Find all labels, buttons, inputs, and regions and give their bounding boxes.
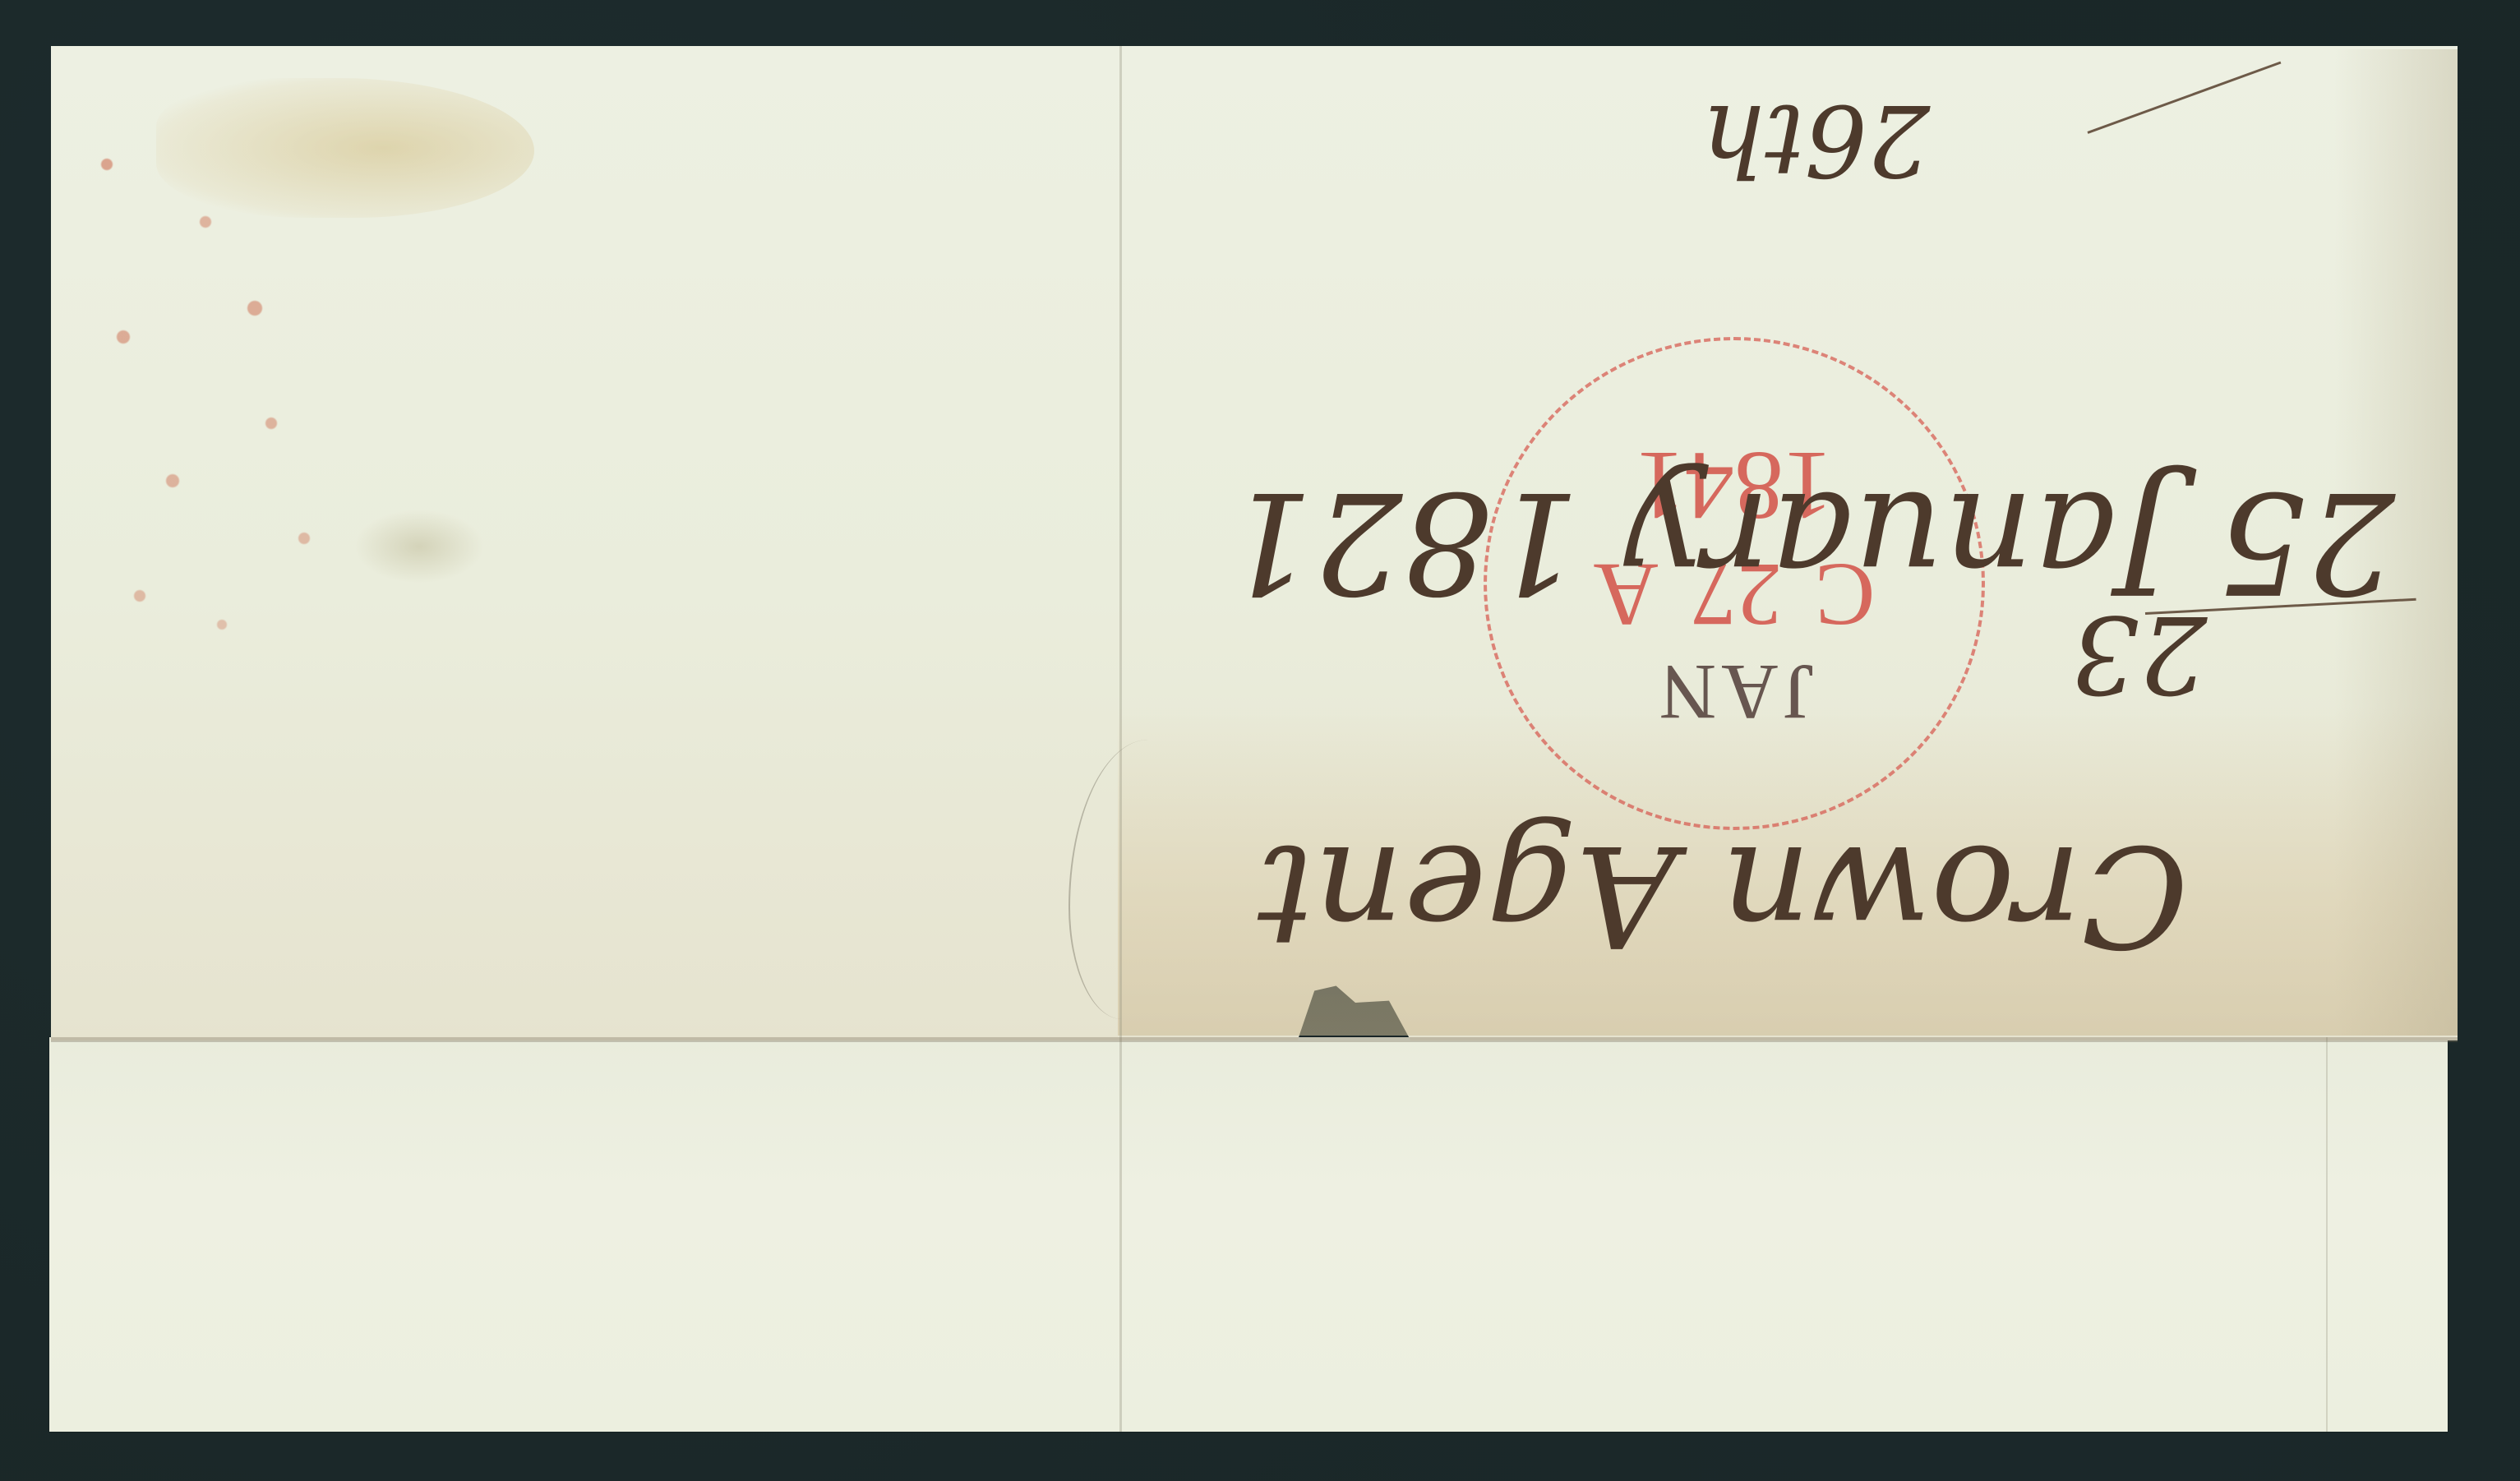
stamp-month: JAN xyxy=(1655,647,1814,738)
red-ink-offset xyxy=(74,107,403,682)
right-fold xyxy=(2326,1037,2328,1432)
docket-recipient: Crown Agent xyxy=(1258,814,2189,976)
letter-bottom-panel xyxy=(49,1037,2448,1432)
vertical-fold xyxy=(1119,46,1122,1432)
flap-edge-shadow xyxy=(51,1037,2458,1042)
docket-date: 25 January 1821 xyxy=(1225,460,2395,623)
docket-note: 26th xyxy=(1701,82,1930,196)
